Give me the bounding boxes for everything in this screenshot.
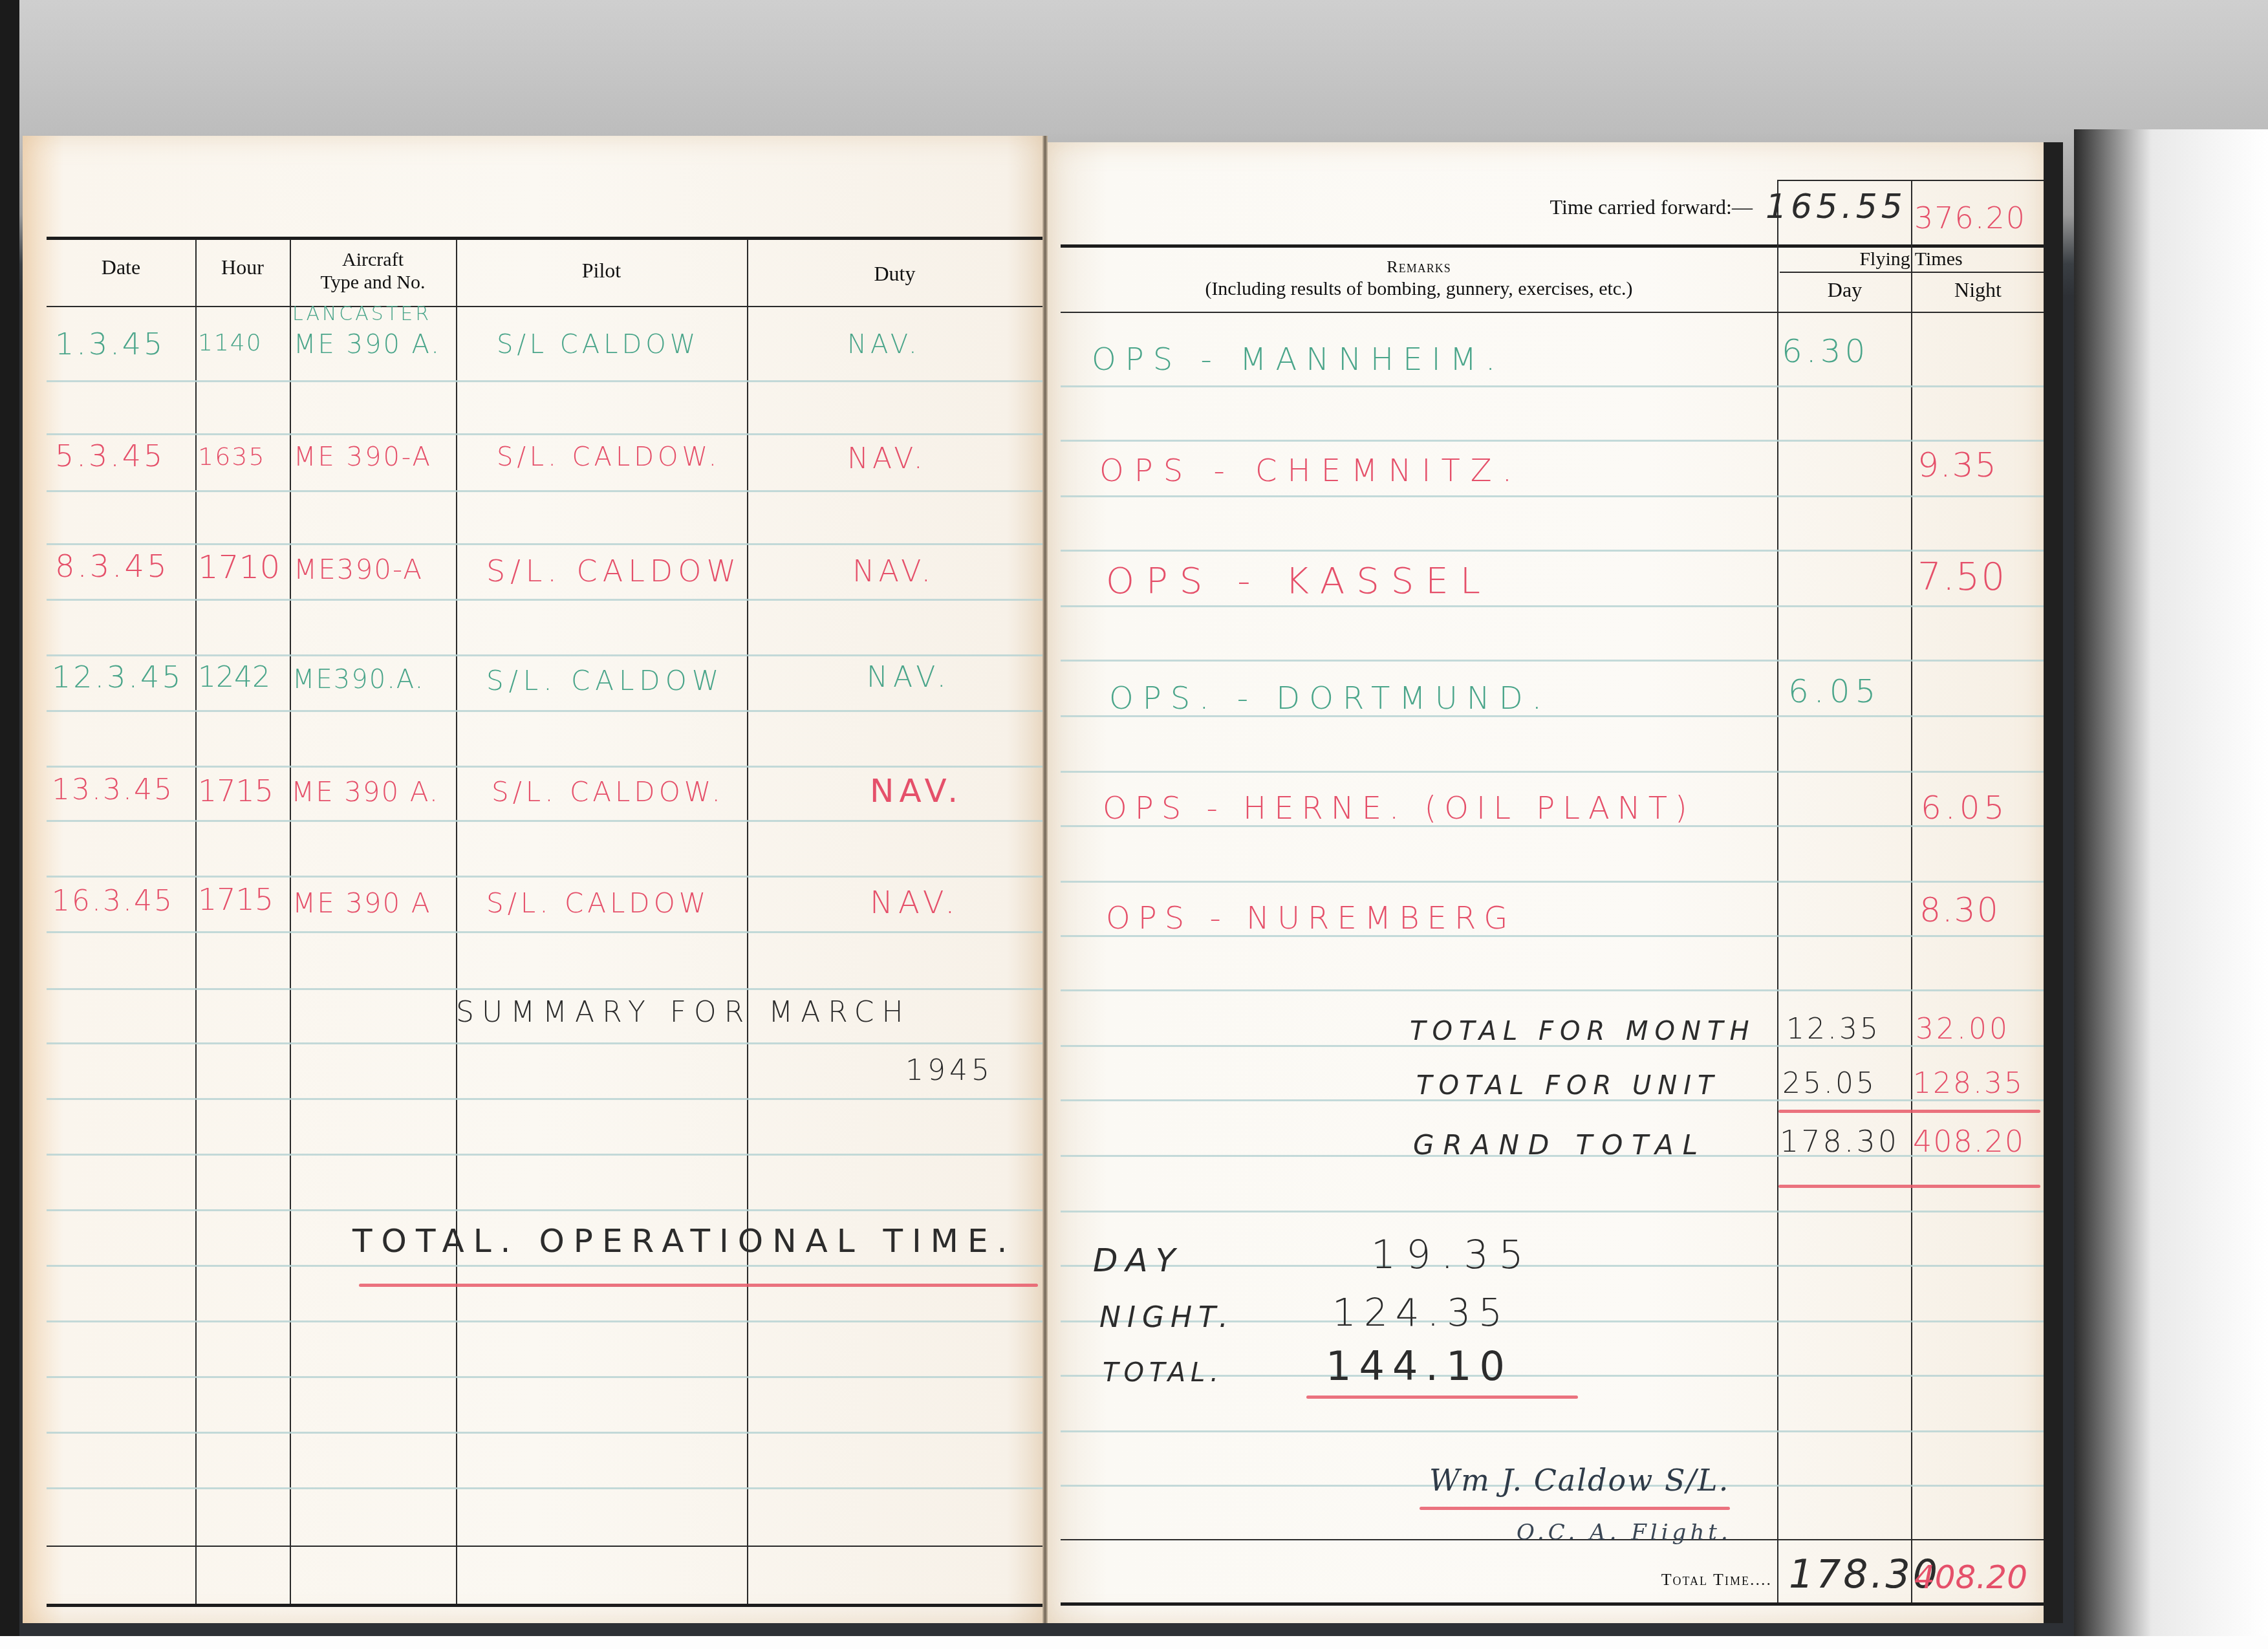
header-aircraft: Aircraft Type and No. [290, 249, 456, 294]
aircraft-type-note: LANCASTER [292, 303, 431, 325]
total-night: 128.35 [1913, 1067, 2024, 1100]
entry-pilot: S/L. CALDOW [486, 665, 724, 696]
col-divider-hour-aircraft [290, 239, 291, 1604]
ruling-line [1061, 550, 2044, 552]
header-duty: Duty [747, 262, 1042, 286]
entry-pilot: S/L. CALDOW. [491, 776, 724, 808]
entry-night-time: 6.05 [1921, 789, 2008, 826]
carried-forward-day: 165.55 [1766, 188, 1906, 226]
carried-forward-label: Time carried forward:— [1513, 195, 1753, 219]
entry-aircraft: ME390.A. [292, 665, 424, 695]
entry-date: 13.3.45 [52, 773, 174, 806]
ruling-line [47, 654, 1042, 656]
header-date: Date [47, 255, 195, 279]
ruling-line [47, 543, 1042, 545]
entry-date: 8.3.45 [55, 548, 169, 585]
entry-aircraft: ME 390 A. [294, 330, 441, 360]
op-night-value: 124.35 [1332, 1291, 1510, 1335]
ruling-line [1061, 440, 2044, 442]
header-aircraft-line2: Type and No. [290, 272, 456, 294]
entry-hour: 1242 [198, 661, 270, 694]
total-time-night: 408.20 [1914, 1558, 2027, 1596]
ruling-line [1061, 771, 2044, 773]
entry-pilot: S/L. CALDOW [486, 554, 741, 588]
ruling-line [47, 988, 1042, 990]
header-flying-times: Flying Times [1778, 248, 2044, 271]
entry-remarks: OPS. - DORTMUND. [1109, 680, 1551, 717]
right-bottom-rule [1061, 1602, 2044, 1606]
entry-date: 5.3.45 [55, 438, 165, 473]
entry-pilot: S/L CALDOW [497, 330, 699, 360]
total-label: TOTAL FOR UNIT [1416, 1071, 1720, 1101]
signature-underline [1420, 1507, 1730, 1510]
entry-duty: NAV. [867, 661, 951, 694]
ruling-line [1061, 1430, 2044, 1432]
entry-duty: NAV. [870, 772, 963, 810]
header-remarks-sub: (Including results of bombing, gunnery, … [1061, 278, 1777, 301]
ruling-line [47, 1154, 1042, 1156]
ruling-line [1061, 605, 2044, 607]
col-divider-pilot-duty [747, 239, 748, 1604]
ruling-line [47, 820, 1042, 822]
total-day: 178.30 [1780, 1124, 1899, 1159]
entry-duty: NAV. [852, 554, 934, 588]
scanner-bed [0, 1636, 2268, 1649]
ruling-line [47, 1320, 1042, 1322]
entry-aircraft: ME 390 A [292, 887, 431, 919]
entry-day-time: 6.05 [1788, 673, 1881, 710]
ruling-line [1061, 1211, 2044, 1212]
ruling-line [47, 710, 1042, 712]
entry-aircraft: ME 390 A. [291, 776, 439, 808]
op-total-underline [1306, 1396, 1578, 1399]
entry-remarks: OPS - NUREMBERG [1106, 900, 1515, 936]
total-day: 25.05 [1782, 1067, 1877, 1100]
grand-total-underline [1778, 1185, 2040, 1188]
entry-remarks: OPS - MANNHEIM. [1092, 341, 1504, 378]
total-night: 32.00 [1916, 1013, 2010, 1046]
entry-aircraft: ME 390-A [294, 442, 432, 472]
op-day-label: DAY [1093, 1242, 1183, 1279]
entry-date: 12.3.45 [52, 660, 184, 695]
ruling-line [47, 1042, 1042, 1044]
op-day-value: 19.35 [1371, 1233, 1534, 1278]
total-label: GRAND TOTAL [1413, 1129, 1707, 1161]
ruling-line [47, 490, 1042, 492]
op-night-label: NIGHT. [1099, 1301, 1235, 1334]
entry-duty: NAV. [847, 442, 927, 475]
total-label: TOTAL FOR MONTH [1410, 1017, 1755, 1046]
signature: Wm J. Caldow S/L. [1429, 1463, 1729, 1498]
entry-duty: NAV. [870, 885, 960, 921]
entry-hour: 1635 [198, 442, 266, 471]
entry-remarks: OPS - KASSEL [1106, 560, 1492, 602]
col-divider-remarks-day [1777, 181, 1778, 1602]
scanner-shadow [2074, 129, 2268, 1649]
col-divider-aircraft-pilot [456, 239, 457, 1604]
header-night: Night [1912, 278, 2044, 302]
totals-underline [1778, 1110, 2040, 1113]
entry-hour: 1710 [198, 548, 280, 586]
ruling-line [1061, 660, 2044, 662]
carried-forward-top-rule [1777, 180, 2044, 181]
ruling-line [47, 380, 1042, 382]
total-night: 408.20 [1913, 1124, 2025, 1159]
book-spine [1042, 136, 1048, 1623]
entry-night-time: 9.35 [1917, 446, 1998, 485]
entry-duty: NAV. [847, 330, 921, 360]
entry-night-time: 7.50 [1917, 555, 2006, 599]
header-pilot: Pilot [456, 259, 747, 283]
ruling-line [47, 1376, 1042, 1378]
entry-hour: 1140 [198, 330, 263, 356]
carried-forward-night: 376.20 [1914, 200, 2026, 235]
op-total-label: TOTAL. [1103, 1358, 1224, 1388]
signature-title: O.C. A. Flight. [1517, 1520, 1732, 1546]
total-day: 12.35 [1786, 1013, 1881, 1046]
ruling-line [47, 1098, 1042, 1100]
entry-hour: 1715 [198, 882, 274, 917]
op-total-value: 144.10 [1326, 1342, 1513, 1390]
entry-hour: 1715 [198, 773, 274, 808]
ruling-line [47, 1209, 1042, 1211]
ruling-line [47, 931, 1042, 933]
ruling-line [47, 1432, 1042, 1434]
entry-remarks: OPS - HERNE. (OIL PLANT) [1103, 790, 1695, 826]
entry-aircraft: ME390-A [294, 554, 423, 585]
ruling-line [1061, 1265, 2044, 1267]
entry-pilot: S/L. CALDOW. [497, 442, 720, 472]
entry-date: 16.3.45 [52, 885, 174, 918]
col-divider-day-night [1911, 181, 1912, 1602]
total-time-label: Total Time.... [1487, 1570, 1772, 1590]
entry-remarks: OPS - CHEMNITZ. [1099, 453, 1522, 489]
underline [359, 1284, 1038, 1287]
right-header-top-rule [1061, 244, 2044, 248]
summary-year: 1945 [905, 1054, 993, 1087]
ruling-line [1061, 881, 2044, 883]
ruling-line [1061, 989, 2044, 991]
ruling-line [1061, 385, 2044, 387]
header-remarks: Remarks [1061, 257, 1777, 277]
summary-title: SUMMARY FOR MARCH [456, 996, 911, 1029]
entry-date: 1.3.45 [55, 327, 165, 361]
entry-pilot: S/L. CALDOW [486, 887, 709, 919]
ruling-line [1061, 495, 2044, 497]
ruling-line [47, 599, 1042, 601]
ruling-line [47, 433, 1042, 435]
header-hour: Hour [195, 255, 290, 279]
scanner-edge [0, 0, 19, 1649]
left-bottom-rule [47, 1604, 1042, 1607]
right-header-bottom-rule [1061, 312, 2044, 313]
ruling-line [47, 876, 1042, 878]
entry-night-time: 8.30 [1919, 891, 2000, 930]
header-day: Day [1778, 278, 1911, 302]
ruling-line [47, 766, 1042, 768]
ruling-line [47, 1487, 1042, 1489]
header-aircraft-line1: Aircraft [290, 249, 456, 272]
ruling-line [47, 1265, 1042, 1267]
col-divider-date-hour [195, 239, 197, 1604]
entry-day-time: 6.30 [1782, 332, 1869, 370]
total-operational-label: TOTAL. OPERATIONAL TIME. [352, 1222, 1016, 1260]
book-cover-edge [2044, 142, 2063, 1623]
